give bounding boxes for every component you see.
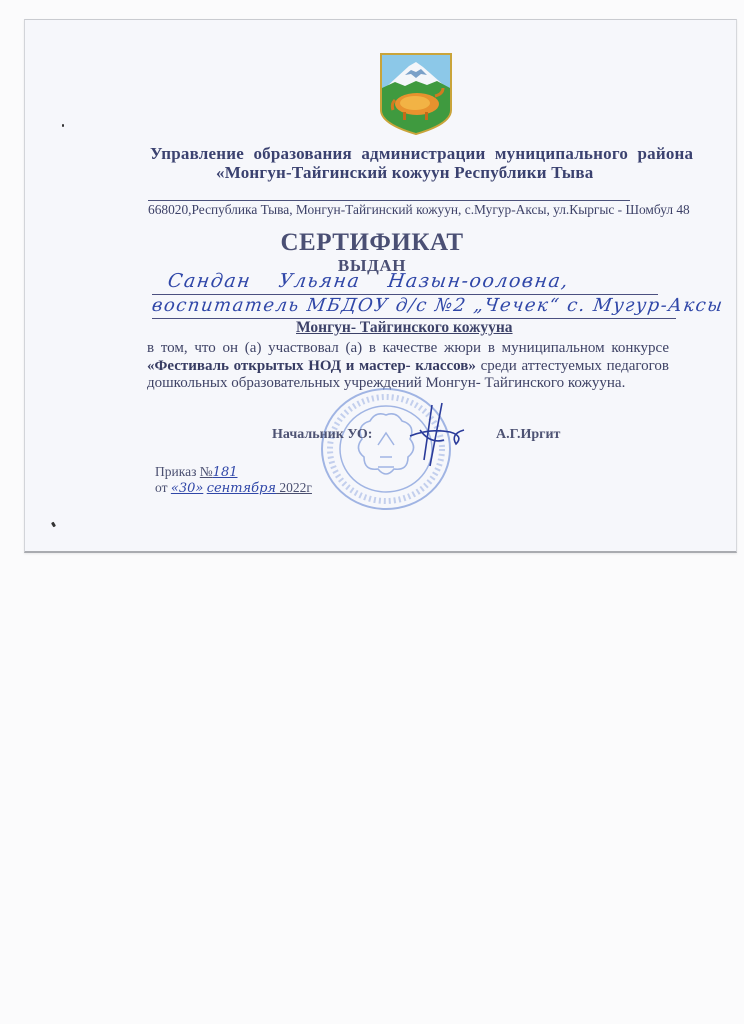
header-organization-line2: «Монгун-Тайгинский кожуун Республики Тыв… <box>216 163 593 183</box>
order-number-handwritten: 181 <box>213 465 238 480</box>
certificate-title: СЕРТИФИКАТ <box>0 229 744 257</box>
paper-speck <box>62 124 64 127</box>
signature-mark <box>402 400 472 470</box>
signature-label: Начальник УО: <box>272 427 372 443</box>
order-month-handwritten: сентября <box>207 481 276 496</box>
header-organization-line1: Управление образования администрации мун… <box>150 144 693 164</box>
recipient-position-handwritten: воспитатель МБДОУ д/с №2 „Чечек“ с. Мугу… <box>151 295 725 316</box>
order-date: от «30» сентября 2022г <box>155 480 312 496</box>
signatory-name: А.Г.Иргит <box>496 427 560 443</box>
recipient-district: Монгун- Тайгинского кожууна <box>296 319 513 337</box>
header-divider <box>148 200 630 201</box>
header-address: 668020,Республика Тыва, Монгун-Тайгински… <box>148 202 690 218</box>
recipient-name-handwritten: Сандан Ульяна Назын-ооловна, <box>166 270 570 292</box>
order-day-handwritten: «30» <box>171 481 203 496</box>
contest-name: «Фестиваль открытых НОД и мастер- классо… <box>147 358 476 374</box>
coat-of-arms-emblem <box>375 48 457 136</box>
order-year: 2022г <box>276 480 312 495</box>
order-date-prefix: от <box>155 480 171 495</box>
order-number: Приказ №181 <box>155 464 238 480</box>
order-number-sign: № <box>200 464 213 479</box>
order-label: Приказ <box>155 464 200 479</box>
body-text-prefix: в том, что он (а) участвовал (а) в качес… <box>147 340 669 356</box>
